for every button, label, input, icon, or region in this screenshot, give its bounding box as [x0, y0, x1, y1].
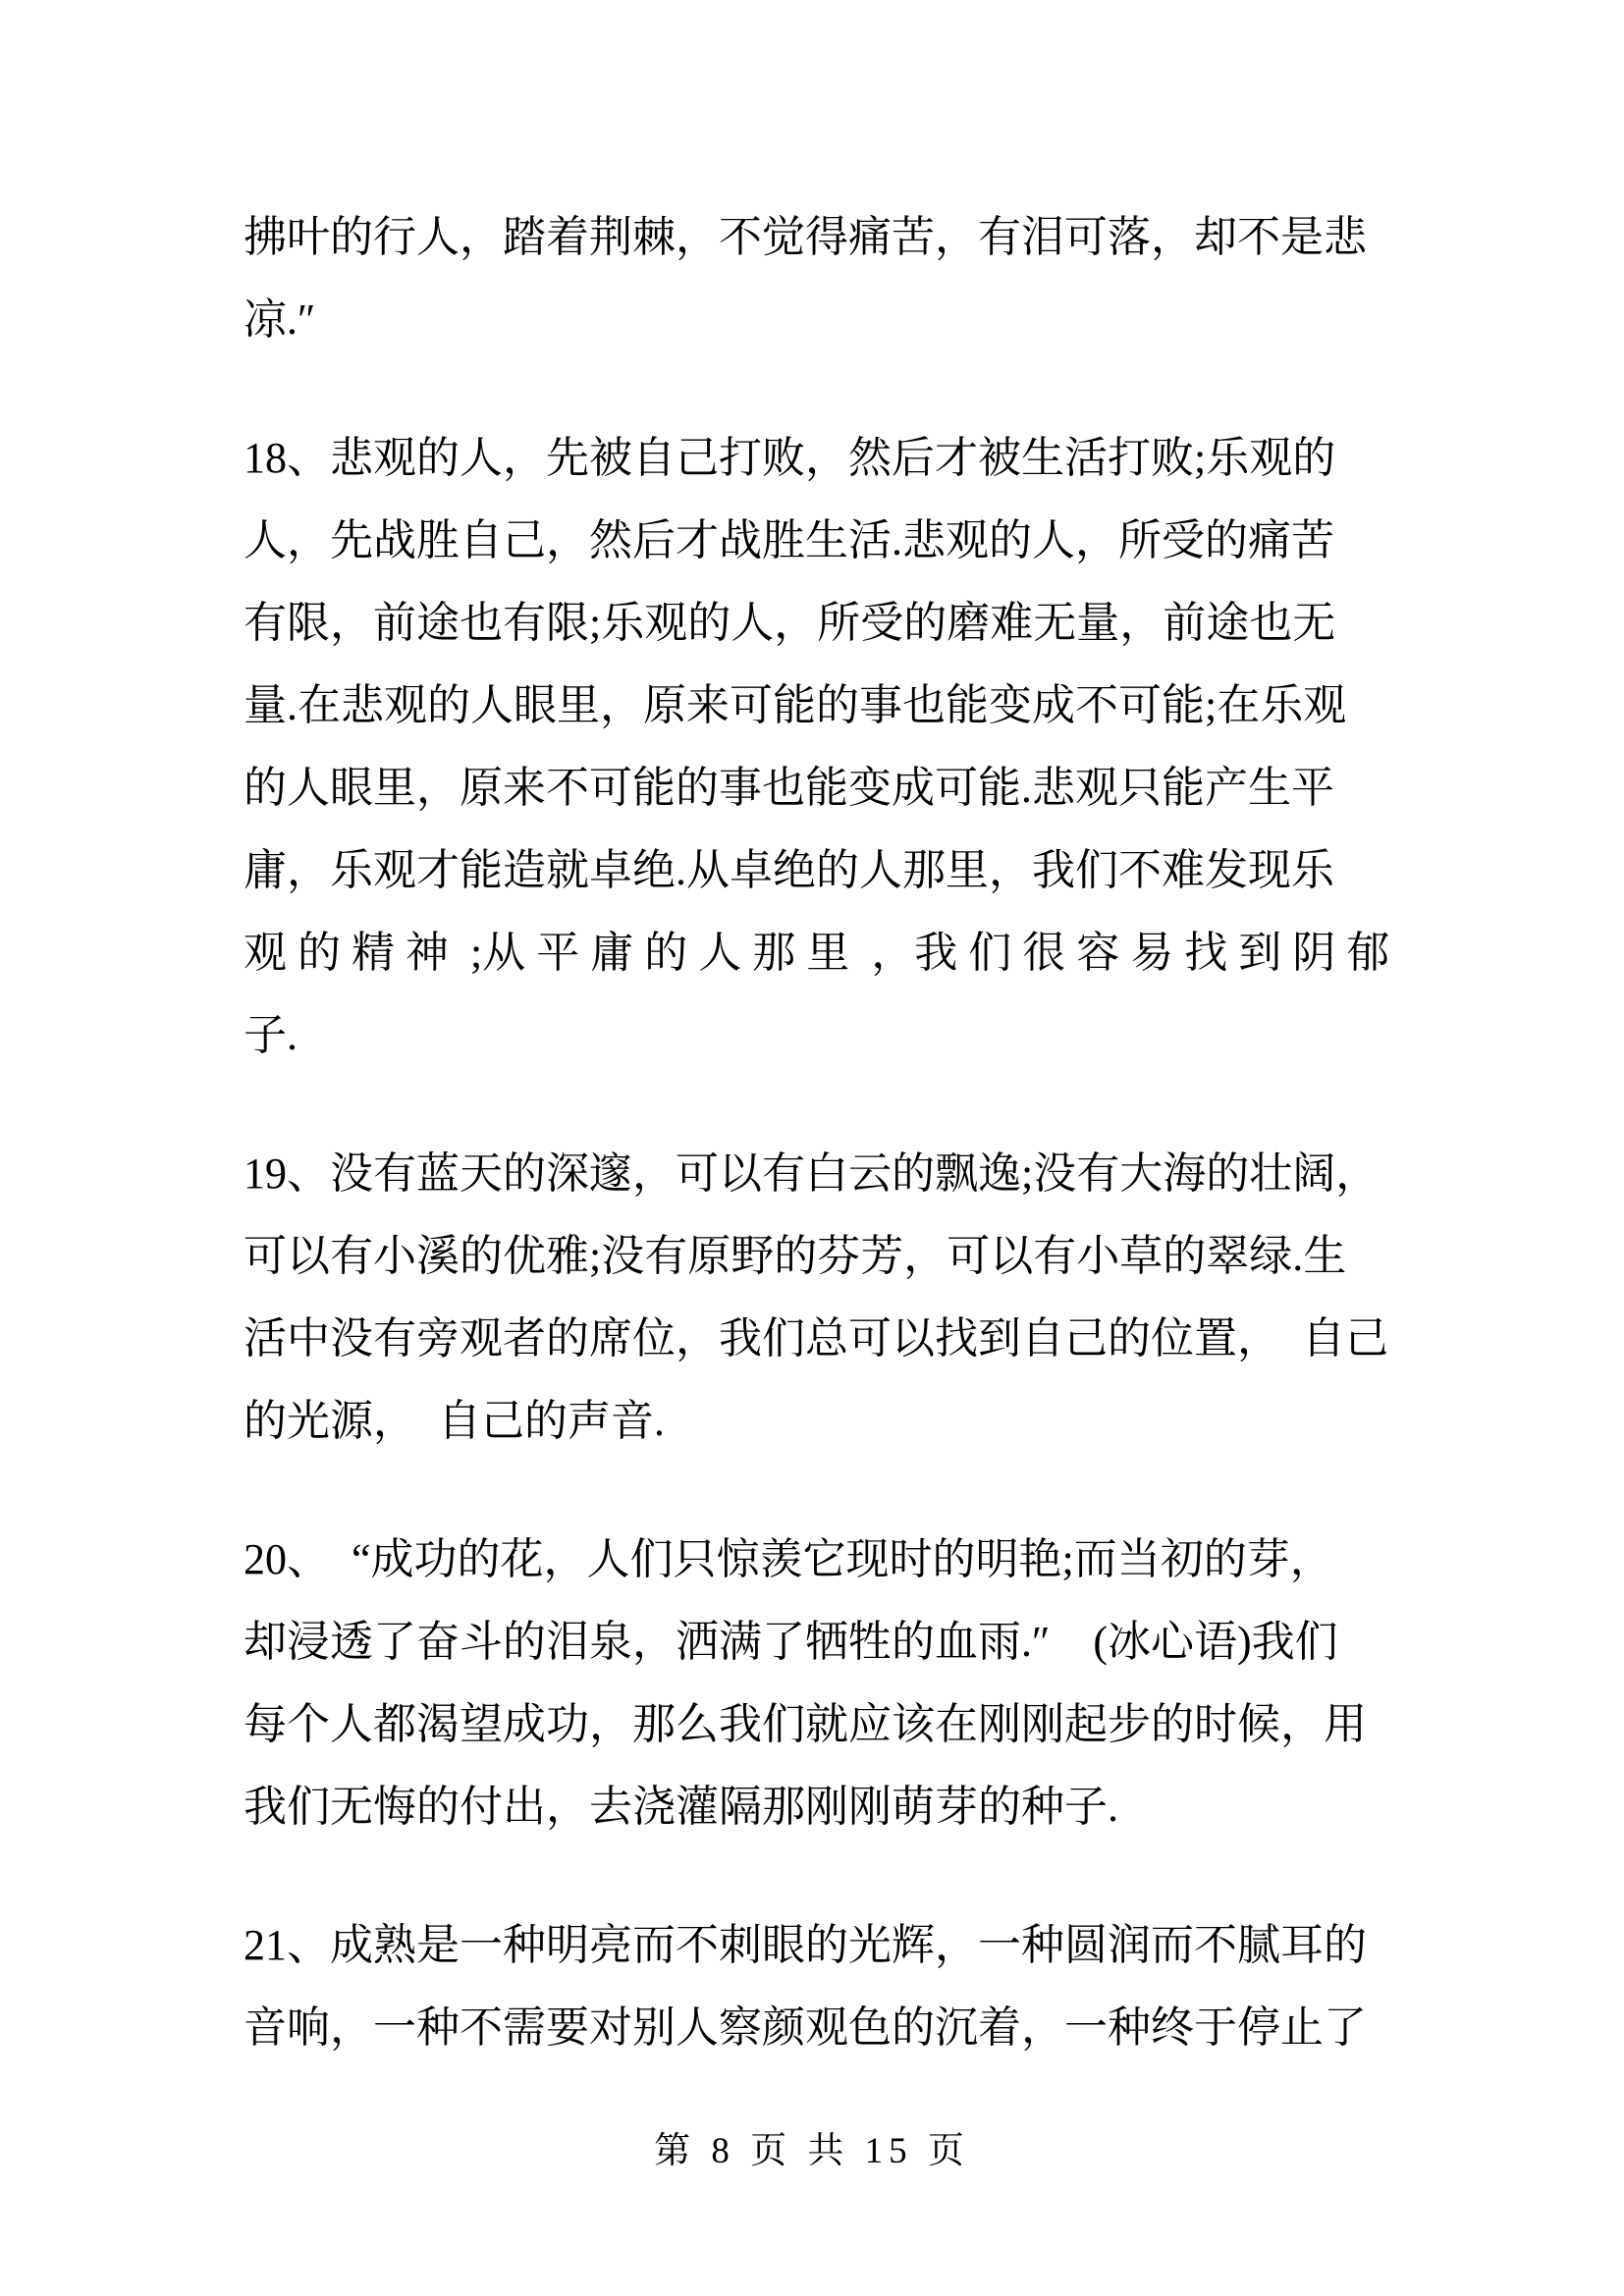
paragraph-20: 20、 “成功的花，人们只惊羡它现时的明艳;而当初的芽， 却浸透了奋斗的泪泉，洒…	[244, 1519, 1397, 1848]
text-line: 21、成熟是一种明亮而不刺眼的光辉，一种圆润而不腻耳的	[244, 1904, 1397, 1987]
page-footer: 第 8 页 共 15 页	[0, 2128, 1624, 2175]
text-line: 庸，乐观才能造就卓绝.从卓绝的人那里，我们不难发现乐	[244, 829, 1397, 912]
text-line: 子.	[244, 994, 1397, 1077]
text-line: 我们无悔的付出，去浇灌隔那刚刚萌芽的种子.	[244, 1766, 1397, 1848]
text-line: 19、没有蓝天的深邃，可以有白云的飘逸;没有大海的壮阔，	[244, 1133, 1397, 1215]
text-line: 活中没有旁观者的席位，我们总可以找到自己的位置， 自己	[244, 1298, 1397, 1380]
page-body-text: 拂叶的行人，踏着荆棘，不觉得痛苦，有泪可落，却不是悲 凉.″ 18、悲观的人，先…	[244, 196, 1397, 2069]
text-line: 观 的 精 神 ;从 平 庸 的 人 那 里 ，我 们 很 容 易 找 到 阴 …	[244, 912, 1397, 994]
text-line: 18、悲观的人，先被自己打败，然后才被生活打败;乐观的	[244, 417, 1397, 500]
paragraph-continuation: 拂叶的行人，踏着荆棘，不觉得痛苦，有泪可落，却不是悲 凉.″	[244, 196, 1397, 361]
text-line: 的光源， 自己的声音.	[244, 1380, 1397, 1463]
text-line: 音响，一种不需要对别人察颜观色的沉着，一种终于停止了	[244, 1987, 1397, 2069]
text-line: 每个人都渴望成功，那么我们就应该在刚刚起步的时候，用	[244, 1683, 1397, 1766]
text-line: 量.在悲观的人眼里，原来可能的事也能变成不可能;在乐观	[244, 665, 1397, 747]
paragraph-19: 19、没有蓝天的深邃，可以有白云的飘逸;没有大海的壮阔， 可以有小溪的优雅;没有…	[244, 1133, 1397, 1463]
paragraph-18: 18、悲观的人，先被自己打败，然后才被生活打败;乐观的 人，先战胜自己，然后才战…	[244, 417, 1397, 1077]
text-line: 可以有小溪的优雅;没有原野的芬芳，可以有小草的翠绿.生	[244, 1215, 1397, 1298]
text-line: 却浸透了奋斗的泪泉，洒满了牺牲的血雨.″ (冰心语)我们	[244, 1601, 1397, 1683]
text-line: 有限，前途也有限;乐观的人，所受的磨难无量，前途也无	[244, 582, 1397, 665]
text-line: 人，先战胜自己，然后才战胜生活.悲观的人，所受的痛苦	[244, 500, 1397, 582]
text-line: 的人眼里，原来不可能的事也能变成可能.悲观只能产生平	[244, 747, 1397, 829]
document-page: 拂叶的行人，踏着荆棘，不觉得痛苦，有泪可落，却不是悲 凉.″ 18、悲观的人，先…	[0, 0, 1624, 2296]
paragraph-21: 21、成熟是一种明亮而不刺眼的光辉，一种圆润而不腻耳的 音响，一种不需要对别人察…	[244, 1904, 1397, 2069]
text-line: 凉.″	[244, 279, 1397, 361]
text-line: 20、 “成功的花，人们只惊羡它现时的明艳;而当初的芽，	[244, 1519, 1397, 1601]
text-line: 拂叶的行人，踏着荆棘，不觉得痛苦，有泪可落，却不是悲	[244, 196, 1397, 279]
